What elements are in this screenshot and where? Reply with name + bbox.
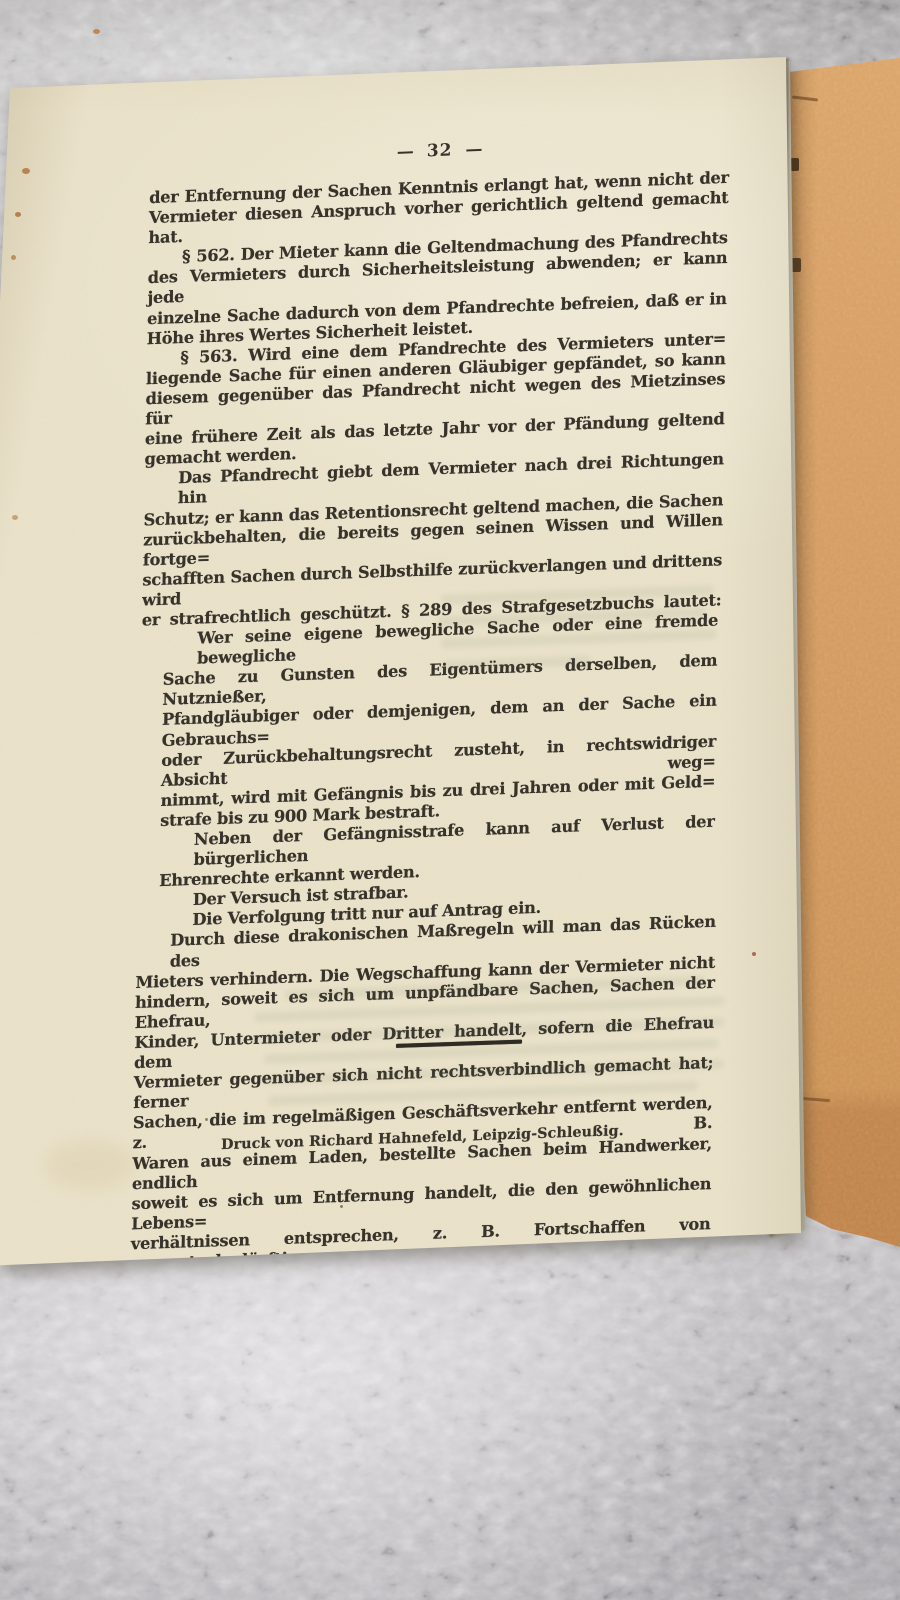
foxing-spot — [22, 168, 30, 174]
foxing-spot — [12, 515, 18, 520]
stain — [45, 1140, 135, 1190]
text-line: Aufhebung der Pfändung kann sich auch au… — [128, 1375, 708, 1435]
text-line: regeln die Aufhebung der Pfändung durch … — [128, 1335, 708, 1395]
text-line: Sachen, deren Ausbesserung außerhalb des… — [130, 1254, 710, 1314]
foxing-spot — [15, 212, 21, 217]
foxing-spot — [11, 255, 16, 260]
page-number: 32 — [427, 139, 453, 162]
header-dash-left: — — [397, 141, 414, 164]
book-page: — 32 — der Entfernung der Sachen Kenntni… — [0, 0, 900, 1600]
printed-area: — 32 — der Entfernung der Sachen Kenntni… — [131, 130, 730, 1252]
text-block: der Entfernung der Sachen Kenntnis erlan… — [127, 168, 729, 1456]
text-line: strecken, soweit für diese Sicherheit ge… — [127, 1415, 707, 1455]
header-dash-right: — — [465, 138, 482, 161]
page-header: — 32 — — [150, 130, 730, 172]
text-line: Reiseutensilien zum Antritt einer Reise … — [129, 1294, 709, 1354]
page-wrap: — 32 — der Entfernung der Sachen Kenntni… — [0, 0, 900, 1600]
photo-scene: ghLSelu — 32 — — [0, 0, 900, 1600]
foxing-spot — [752, 952, 756, 956]
